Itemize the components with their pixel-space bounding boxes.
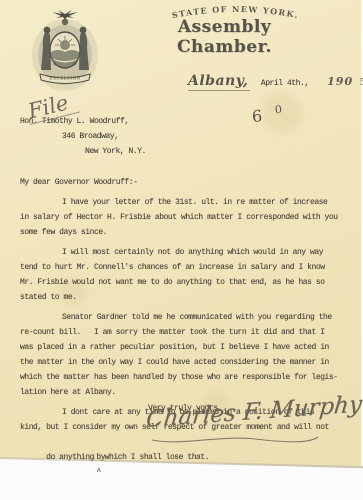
dateline: Albany, April 4th., 190 5 xyxy=(188,72,363,90)
body-line: I have your letter of the 31st. ult. in … xyxy=(20,195,350,210)
dateline-year-handwritten: 5 xyxy=(360,78,363,88)
body-line: stated to me. xyxy=(20,290,350,305)
dateline-year-printed: 190 xyxy=(327,75,353,88)
dateline-place: Albany, xyxy=(188,73,250,91)
insertion-caret: ^ xyxy=(96,465,100,480)
body-line-post: which I shall lose that. xyxy=(100,453,209,462)
body-line: Mr. Frisbie would not want me to do anyt… xyxy=(20,275,350,290)
body-line: I will most certainly not do anything wh… xyxy=(20,245,350,260)
body-line: was placed in a rather peculiar position… xyxy=(20,340,350,355)
inserted-word: by xyxy=(96,450,105,465)
paragraph-2: I will most certainly not do anything wh… xyxy=(20,245,350,305)
salutation: My dear Governor Woodruff:- xyxy=(20,175,350,190)
recipient-city: New York, N.Y. xyxy=(20,144,350,159)
seal-motto-text: EXCELSIOR xyxy=(49,76,81,81)
signature-underline-flourish xyxy=(150,434,320,446)
body-line: some few days since. xyxy=(20,225,350,240)
recipient-name: Hon. Timothy L. Woodruff, xyxy=(20,114,350,129)
salutation-text: My dear Governor Woodruff:- xyxy=(20,175,350,190)
recipient-address: Hon. Timothy L. Woodruff, 346 Broadway, … xyxy=(20,114,350,159)
body-line-pre: do anything xyxy=(46,453,98,462)
recipient-street: 346 Broadway, xyxy=(20,129,350,144)
paragraph-3: Senator Gardner told me he communicated … xyxy=(20,310,350,400)
body-line: which the matter has been handled by tho… xyxy=(20,370,350,385)
dateline-date: April 4th., xyxy=(261,79,309,88)
new-york-coat-of-arms-seal: EXCELSIOR xyxy=(28,8,102,94)
body-line: Senator Gardner told me he communicated … xyxy=(20,310,350,325)
body-line: re-count bill. I am sorry the matter too… xyxy=(20,325,350,340)
body-line: in salary of Hector H. Frisbie about whi… xyxy=(20,210,350,225)
body-line: tend to hurt Mr. Connell's chances of an… xyxy=(20,260,350,275)
paragraph-1: I have your letter of the 31st. ult. in … xyxy=(20,195,350,240)
assembly-chamber-title: Assembly Chamber. xyxy=(132,17,317,57)
body-line: the matter in the only way I could have … xyxy=(20,355,350,370)
